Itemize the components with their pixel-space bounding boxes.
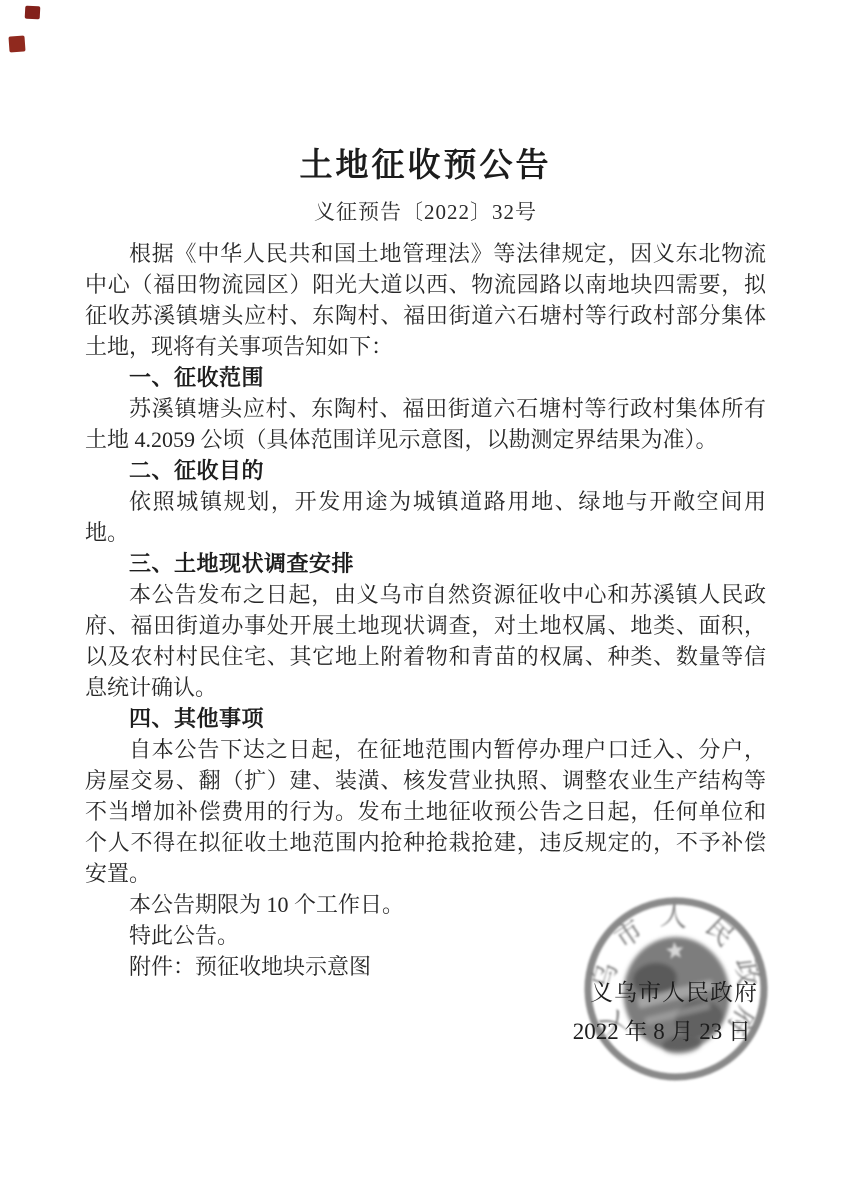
document-page: { "page": { "title": "土地征收预公告", "doc_num… bbox=[0, 0, 850, 1202]
scan-artifact-mark bbox=[8, 35, 25, 52]
paragraph: 根据《中华人民共和国土地管理法》等法律规定，因义东北物流中心（福田物流园区）阳光… bbox=[85, 238, 766, 362]
signature-issuer: 义乌市人民政府 bbox=[590, 974, 758, 1007]
paragraph: 本公告发布之日起，由义乌市自然资源征收中心和苏溪镇人民政府、福田街道办事处开展土… bbox=[85, 579, 766, 703]
paragraph: 苏溪镇塘头应村、东陶村、福田街道六石塘村等行政村集体所有土地 4.2059 公顷… bbox=[85, 393, 766, 455]
announcement-document: 土地征收预公告 义征预告〔2022〕32号 根据《中华人民共和国土地管理法》等法… bbox=[85, 148, 766, 982]
paragraph: 自本公告下达之日起，在征地范围内暂停办理户口迁入、分户，房屋交易、翻（扩）建、装… bbox=[85, 734, 766, 889]
paragraph: 依照城镇规划，开发用途为城镇道路用地、绿地与开敞空间用地。 bbox=[85, 486, 766, 548]
signature-date: 2022 年 8 月 23 日 bbox=[573, 1013, 751, 1046]
section-heading: 四、其他事项 bbox=[85, 703, 766, 734]
section-heading: 一、征收范围 bbox=[85, 362, 766, 393]
section-heading: 三、土地现状调查安排 bbox=[85, 548, 766, 579]
page-title: 土地征收预公告 bbox=[85, 148, 766, 184]
scan-artifact-mark bbox=[25, 6, 41, 20]
section-heading: 二、征收目的 bbox=[85, 455, 766, 486]
document-number: 义征预告〔2022〕32号 bbox=[85, 200, 766, 224]
announcement-body: 根据《中华人民共和国土地管理法》等法律规定，因义东北物流中心（福田物流园区）阳光… bbox=[85, 238, 766, 982]
